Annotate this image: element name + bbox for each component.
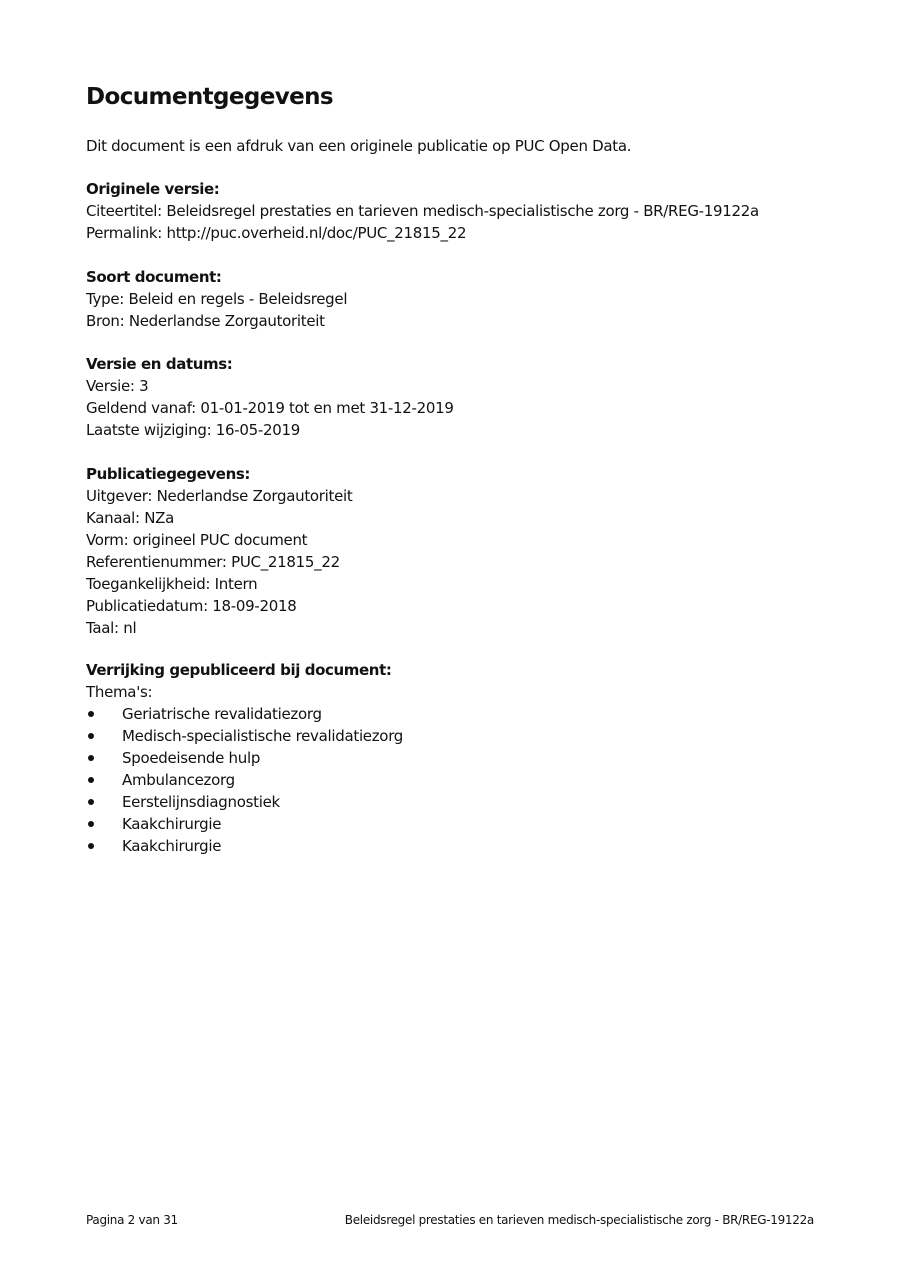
list-item: Ambulancezorg — [86, 769, 403, 791]
document-type: Type: Beleid en regels - Beleidsregel — [86, 288, 347, 310]
geldend-vanaf: Geldend vanaf: 01-01-2019 tot en met 31-… — [86, 397, 454, 419]
bullet-icon — [88, 799, 94, 805]
theme-label: Geriatrische revalidatiezorg — [122, 705, 322, 723]
publicatiedatum: Publicatiedatum: 18-09-2018 — [86, 595, 353, 617]
themes-list: Geriatrische revalidatiezorg Medisch-spe… — [86, 703, 403, 857]
citeertitel: Citeertitel: Beleidsregel prestaties en … — [86, 200, 759, 222]
laatste-wijziging: Laatste wijziging: 16-05-2019 — [86, 419, 454, 441]
section-versie-en-datums: Versie en datums: Versie: 3 Geldend vana… — [86, 353, 454, 441]
bullet-icon — [88, 821, 94, 827]
bullet-icon — [88, 777, 94, 783]
bullet-icon — [88, 755, 94, 761]
vorm: Vorm: origineel PUC document — [86, 529, 353, 551]
section-heading: Verrijking gepubliceerd bij document: — [86, 659, 403, 681]
permalink[interactable]: Permalink: http://puc.overheid.nl/doc/PU… — [86, 222, 759, 244]
list-item: Kaakchirurgie — [86, 835, 403, 857]
versie: Versie: 3 — [86, 375, 454, 397]
kanaal: Kanaal: NZa — [86, 507, 353, 529]
document-bron: Bron: Nederlandse Zorgautoriteit — [86, 310, 347, 332]
section-originele-versie: Originele versie: Citeertitel: Beleidsre… — [86, 178, 759, 244]
section-heading: Versie en datums: — [86, 353, 454, 375]
theme-label: Spoedeisende hulp — [122, 749, 260, 767]
section-heading: Soort document: — [86, 266, 347, 288]
intro-text: Dit document is een afdruk van een origi… — [86, 135, 631, 157]
footer-doc-title: Beleidsregel prestaties en tarieven medi… — [345, 1213, 814, 1227]
taal: Taal: nl — [86, 617, 353, 639]
page-title: Documentgegevens — [86, 84, 333, 110]
bullet-icon — [88, 733, 94, 739]
section-heading: Publicatiegegevens: — [86, 463, 353, 485]
toegankelijkheid: Toegankelijkheid: Intern — [86, 573, 353, 595]
theme-label: Kaakchirurgie — [122, 837, 221, 855]
uitgever: Uitgever: Nederlandse Zorgautoriteit — [86, 485, 353, 507]
section-heading: Originele versie: — [86, 178, 759, 200]
list-item: Kaakchirurgie — [86, 813, 403, 835]
list-item: Geriatrische revalidatiezorg — [86, 703, 403, 725]
bullet-icon — [88, 843, 94, 849]
list-item: Eerstelijnsdiagnostiek — [86, 791, 403, 813]
theme-label: Medisch-specialistische revalidatiezorg — [122, 727, 403, 745]
page-number: Pagina 2 van 31 — [86, 1213, 178, 1227]
section-verrijking: Verrijking gepubliceerd bij document: Th… — [86, 659, 403, 857]
theme-label: Kaakchirurgie — [122, 815, 221, 833]
list-item: Medisch-specialistische revalidatiezorg — [86, 725, 403, 747]
section-publicatiegegevens: Publicatiegegevens: Uitgever: Nederlands… — [86, 463, 353, 639]
bullet-icon — [88, 711, 94, 717]
theme-label: Ambulancezorg — [122, 771, 235, 789]
theme-label: Eerstelijnsdiagnostiek — [122, 793, 280, 811]
section-soort-document: Soort document: Type: Beleid en regels -… — [86, 266, 347, 332]
list-item: Spoedeisende hulp — [86, 747, 403, 769]
themas-label: Thema's: — [86, 681, 403, 703]
referentienummer: Referentienummer: PUC_21815_22 — [86, 551, 353, 573]
